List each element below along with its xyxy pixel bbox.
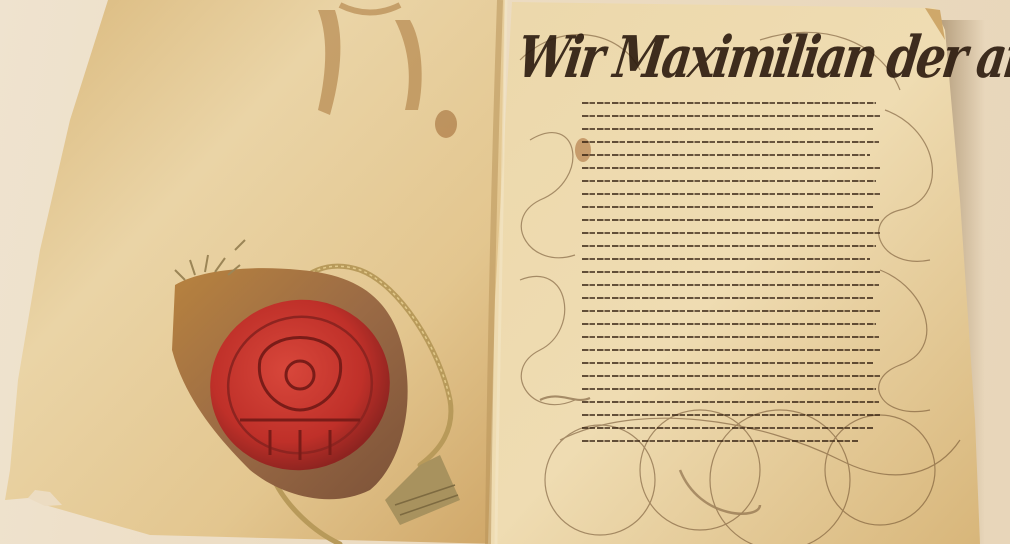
document-text-block [582,102,882,453]
document-heading: Wir Maximilian der ander [510,1,896,114]
